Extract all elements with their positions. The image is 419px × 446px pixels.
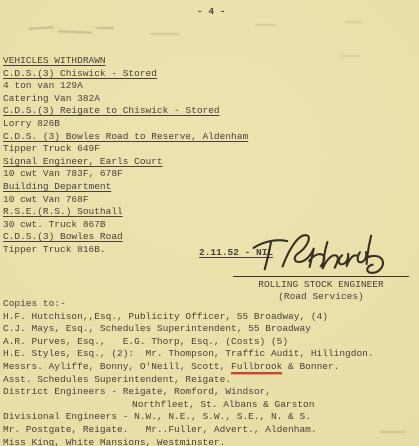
vehicle-line: Lorry 826B [3, 118, 248, 131]
vehicles-withdrawn-section: VEHICLES WITHDRAWN C.D.S.(3) Chiswick - … [3, 55, 248, 257]
copies-line: District Engineers - Reigate, Romford, W… [3, 386, 374, 399]
vehicle-group-heading: C.D.S.(3) Chiswick - Stored [3, 68, 157, 79]
scanned-memo-page: - 4 - VEHICLES WITHDRAWN C.D.S.(3) Chisw… [0, 0, 419, 446]
copies-section: Copies to:- H.F. Hutchison,,Esq., Public… [3, 298, 374, 446]
vehicle-group-heading: R.S.E.(R.S.) Southall [3, 206, 123, 217]
vehicle-entry: Tipper Truck 816B. [3, 244, 106, 255]
pencil-smudge [340, 55, 360, 57]
vehicle-line: Signal Engineer, Earls Court [3, 156, 248, 169]
copies-line-part: Messrs. Ayliffe, Bonny, O'Neill, Scott, [3, 361, 231, 372]
copies-line: Divisional Engineers - N.W., N.E., S.W.,… [3, 411, 374, 424]
vehicle-group-heading: C.D.S.(3) Bowles Road [3, 231, 123, 242]
vehicle-line: 30 cwt. Truck 867B [3, 219, 248, 232]
vehicle-entry: Catering Van 382A [3, 93, 100, 104]
pencil-smudge [150, 33, 180, 35]
vehicle-entry: 4 ton van 129A [3, 80, 83, 91]
copies-line: Asst. Schedules Superintendent, Reigate. [3, 374, 374, 387]
copies-line: A.R. Purves, Esq., E.G. Thorp, Esq., (Co… [3, 336, 374, 349]
vehicle-line: Catering Van 382A [3, 93, 248, 106]
vehicle-entry: Lorry 826B [3, 118, 60, 129]
copies-label: Copies to:- [3, 298, 374, 311]
pencil-smudge [380, 431, 406, 433]
signature-icon [247, 226, 409, 282]
pencil-smudge [96, 27, 114, 29]
copies-line: H.F. Hutchison,,Esq., Publicity Officer,… [3, 311, 374, 324]
copies-line: Mr. Postgate, Reigate. Mr..Fuller, Adver… [3, 424, 374, 437]
vehicle-line: Tipper Truck 649F [3, 143, 248, 156]
copies-line-continuation: Northfleet, St. Albans & Garston [3, 399, 374, 412]
page-number: - 4 - [197, 6, 226, 17]
vehicle-group-heading: C.D.S.(3) Reigate to Chiswick - Stored [3, 105, 220, 116]
signoff-title: ROLLING STOCK ENGINEER [233, 279, 409, 290]
vehicle-line: 4 ton van 129A [3, 80, 248, 93]
vehicle-line: C.D.S.(3) Bowles Road [3, 231, 248, 244]
copies-line-messrs: Messrs. Ayliffe, Bonny, O'Neill, Scott, … [3, 361, 374, 374]
vehicle-line: Building Department [3, 181, 248, 194]
vehicle-line: C.D.S. (3) Bowles Road to Reserve, Alden… [3, 131, 248, 144]
pencil-smudge [345, 21, 363, 23]
vehicle-line: C.D.S.(3) Reigate to Chiswick - Stored [3, 105, 248, 118]
copies-line-part: & Bonner. [282, 361, 339, 372]
vehicle-entry: Tipper Truck 649F [3, 143, 100, 154]
copies-line: H.E. Styles, Esq., (2): Mr. Thompson, Tr… [3, 348, 374, 361]
vehicle-line: 10 cwt Van 768F [3, 194, 248, 207]
signature-rule [233, 276, 409, 277]
vehicle-entry: 30 cwt. Truck 867B [3, 219, 106, 230]
section-heading-line: VEHICLES WITHDRAWN [3, 55, 248, 68]
pencil-smudge [58, 30, 92, 33]
copies-line: Miss King, White Mansions, Westminster. [3, 437, 374, 446]
vehicle-line: C.D.S.(3) Chiswick - Stored [3, 68, 248, 81]
vehicle-entry: 10 cwt Van 768F [3, 194, 89, 205]
vehicles-withdrawn-heading: VEHICLES WITHDRAWN [3, 55, 106, 66]
pencil-smudge [255, 24, 277, 26]
vehicle-entry: 10 cwt Van 783F, 678F [3, 168, 123, 179]
vehicle-line: R.S.E.(R.S.) Southall [3, 206, 248, 219]
vehicle-group-heading: Building Department [3, 181, 111, 192]
vehicle-line: 10 cwt Van 783F, 678F [3, 168, 248, 181]
pencil-smudge [28, 26, 54, 30]
copies-line: C.J. Mays, Esq., Schedules Superintenden… [3, 323, 374, 336]
fullbrook-red-underline: Fullbrook [231, 361, 282, 372]
vehicle-group-heading: Signal Engineer, Earls Court [3, 156, 163, 167]
vehicle-group-heading: C.D.S. (3) Bowles Road to Reserve, Alden… [3, 131, 248, 142]
